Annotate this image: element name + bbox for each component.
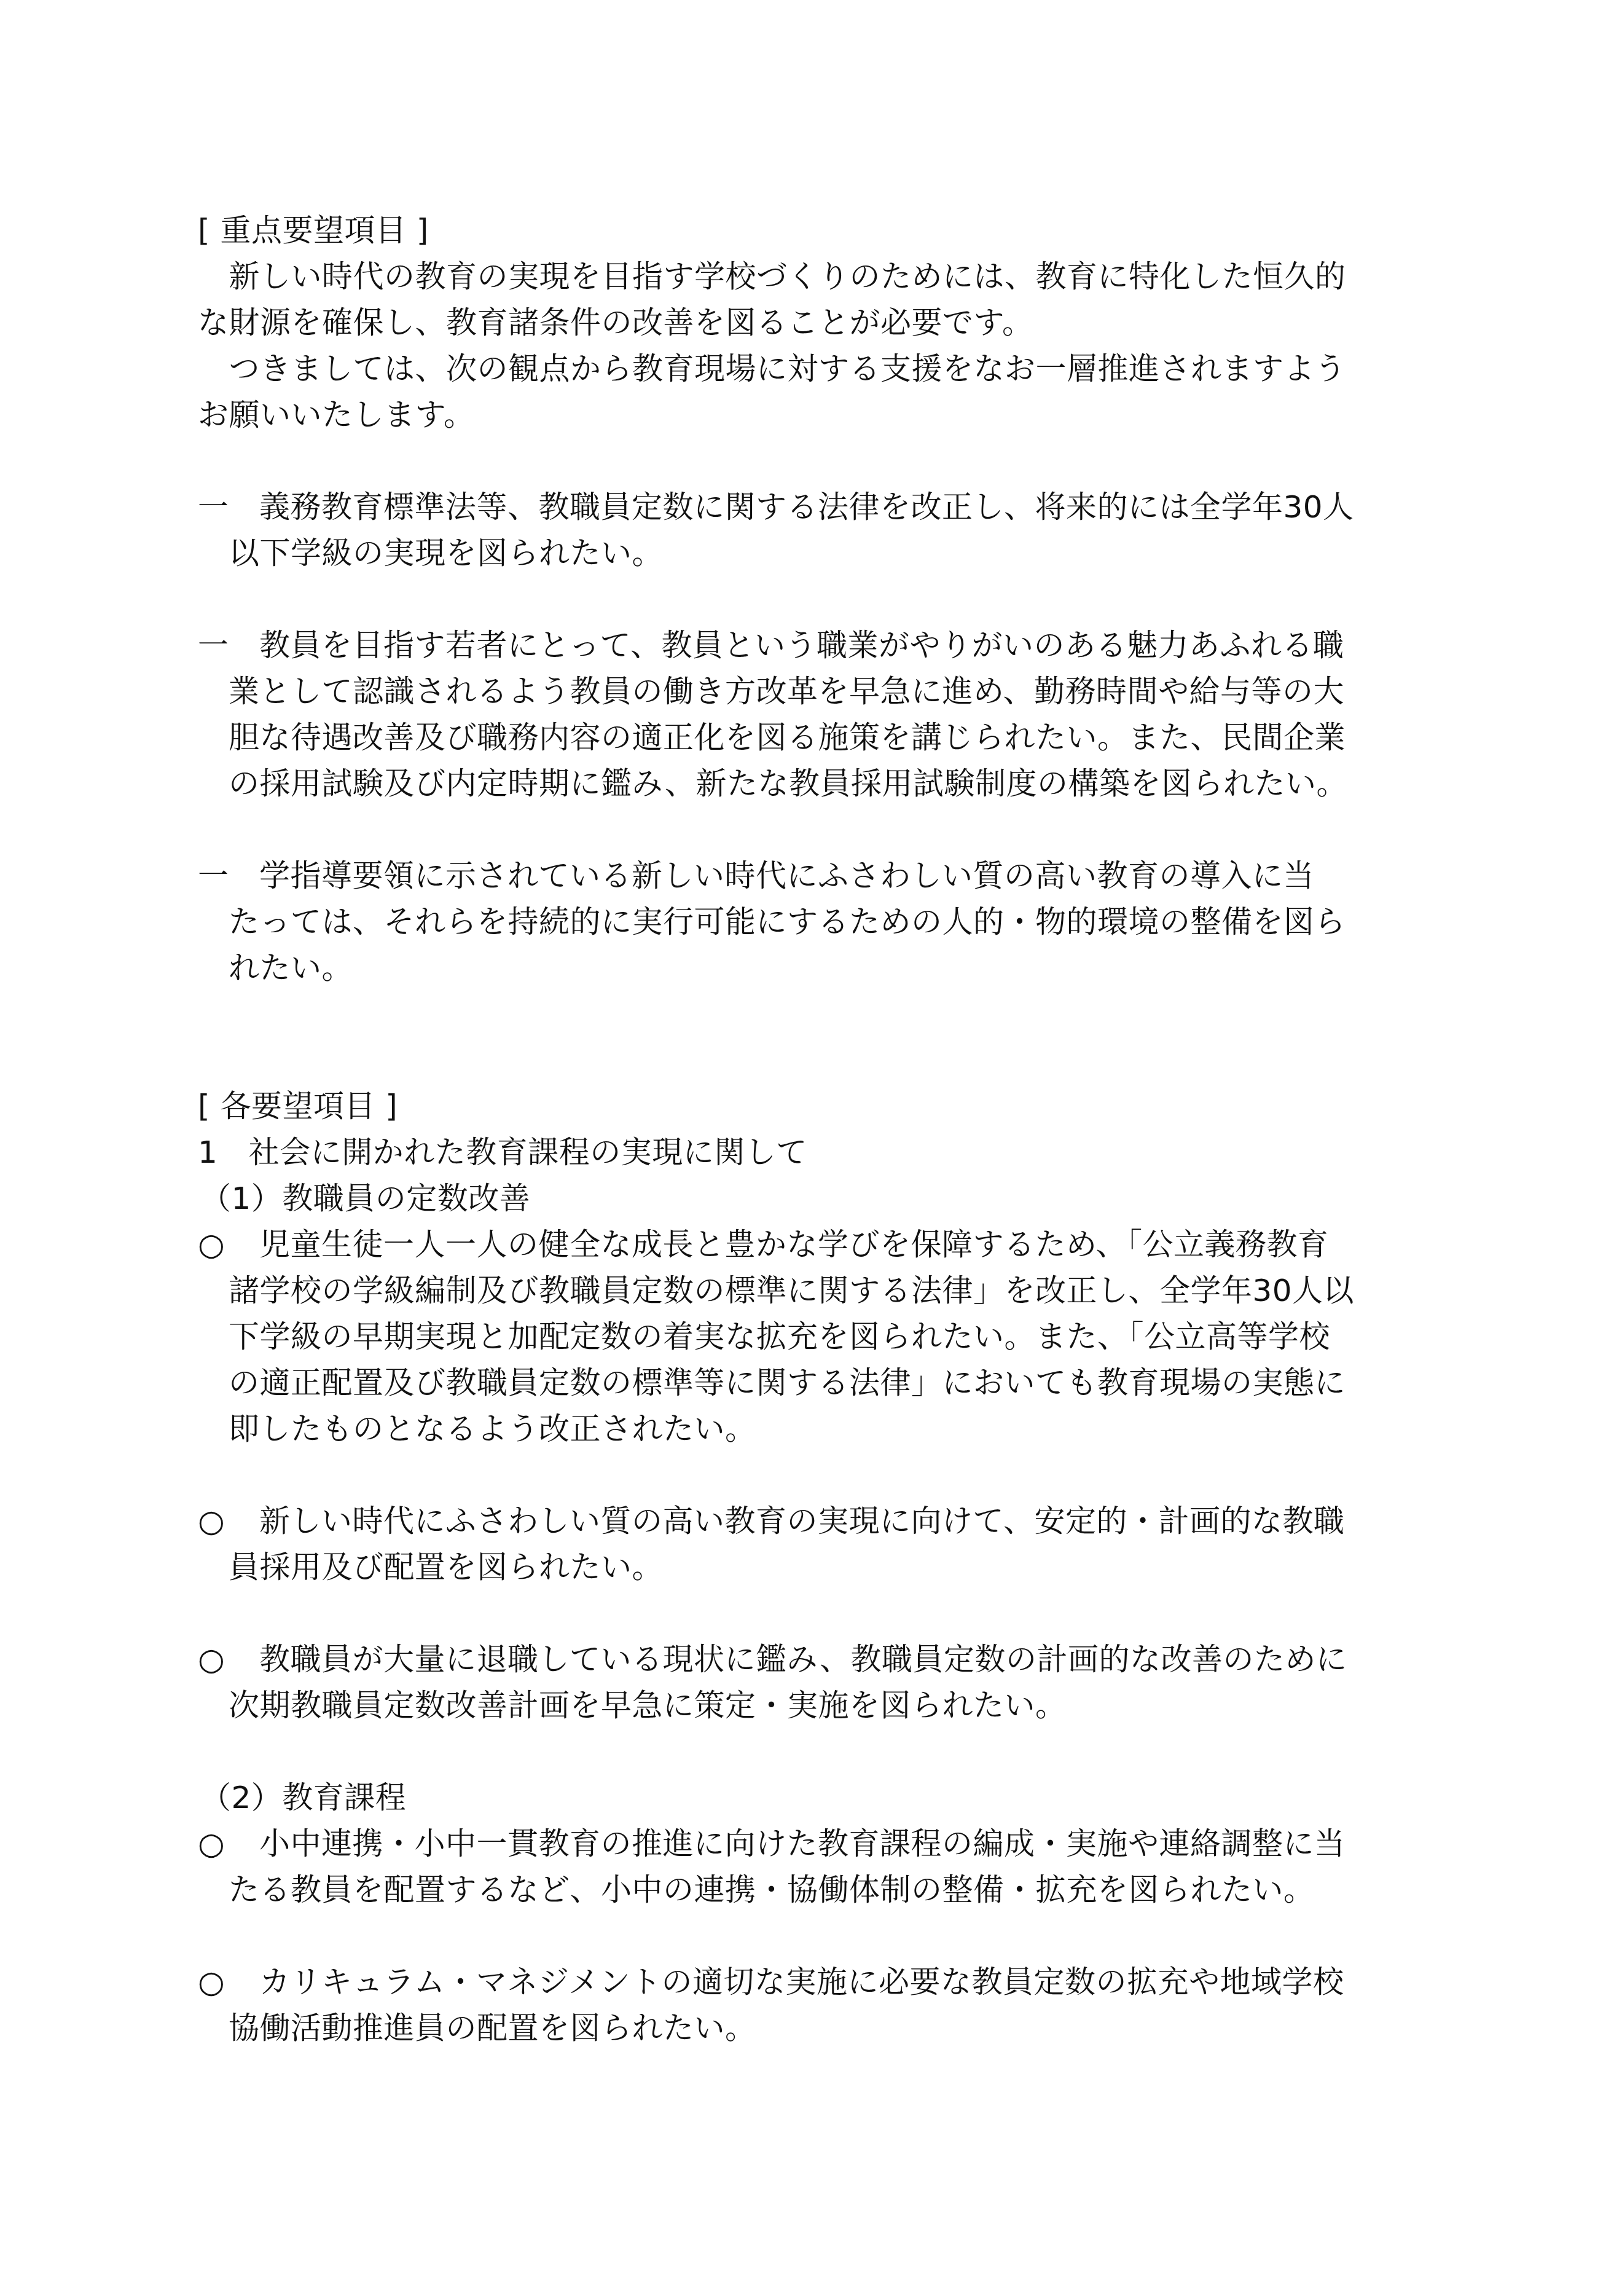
staffing-item-1: ○ 児童生徒一人一人の健全な成長と豊かな学びを保障するため、「公立義務教育 諸学… [198,1222,1445,1452]
subsection-2-title: （2）教育課程 [198,1775,1445,1821]
item-line: 学指導要領に示されている新しい時代にふさわしい質の高い教育の導入に当 [198,853,1445,899]
item-line: 業として認識されるよう教員の働き方改革を早急に進め、勤務時間や給与等の大 [198,669,1445,715]
item-line: 次期教職員定数改善計画を早急に策定・実施を図られたい。 [198,1683,1445,1729]
intro-line: つきましては、次の観点から教育現場に対する支援をなお一層推進されますよう [198,346,1445,392]
dash-marker: 一 [198,853,259,899]
subsection-1-title: （1）教職員の定数改善 [198,1176,1445,1222]
priority-item-1: 一 義務教育標準法等、教職員定数に関する法律を改正し、将来的には全学年30人 以… [198,484,1445,576]
intro-line: 新しい時代の教育の実現を目指す学校づくりのためには、教育に特化した恒久的 [198,254,1445,300]
staffing-item-2: ○ 新しい時代にふさわしい質の高い教育の実現に向けて、安定的・計画的な教職 員採… [198,1498,1445,1590]
curriculum-item-1: ○ 小中連携・小中一貫教育の推進に向けた教育課程の編成・実施や連絡調整に当 たる… [198,1821,1445,1913]
intro-line: お願いいたします。 [198,392,1445,438]
item-line: 教職員が大量に退職している現状に鑑み、教職員定数の計画的な改善のために [198,1637,1445,1683]
circle-marker: ○ [198,1637,259,1683]
item-line: 諸学校の学級編制及び教職員定数の標準に関する法律」を改正し、全学年30人以 [198,1268,1445,1314]
dash-marker: 一 [198,484,259,530]
curriculum-item-2: ○ カリキュラム・マネジメントの適切な実施に必要な教員定数の拡充や地域学校 協働… [198,1959,1445,2051]
each-heading: [ 各要望項目 ] [198,1083,1445,1130]
priority-item-3: 一 学指導要領に示されている新しい時代にふさわしい質の高い教育の導入に当 たって… [198,853,1445,991]
circle-marker: ○ [198,1222,259,1268]
item-line: 即したものとなるよう改正されたい。 [198,1406,1445,1452]
section-1-title: 1 社会に開かれた教育課程の実現に関して [198,1130,1445,1176]
priority-intro: 新しい時代の教育の実現を目指す学校づくりのためには、教育に特化した恒久的 な財源… [198,254,1445,438]
item-line: 協働活動推進員の配置を図られたい。 [198,2005,1445,2051]
dash-marker: 一 [198,623,259,669]
circle-marker: ○ [198,1959,259,2005]
item-line: 下学級の早期実現と加配定数の着実な拡充を図られたい。また、「公立高等学校 [198,1314,1445,1360]
document-page: [ 重点要望項目 ] 新しい時代の教育の実現を目指す学校づくりのためには、教育に… [198,208,1445,2051]
item-line: たる教員を配置するなど、小中の連携・協働体制の整備・拡充を図られたい。 [198,1867,1445,1913]
staffing-item-3: ○ 教職員が大量に退職している現状に鑑み、教職員定数の計画的な改善のために 次期… [198,1637,1445,1729]
item-line: 員採用及び配置を図られたい。 [198,1544,1445,1590]
item-line: カリキュラム・マネジメントの適切な実施に必要な教員定数の拡充や地域学校 [198,1959,1445,2005]
circle-marker: ○ [198,1821,259,1867]
item-line: 児童生徒一人一人の健全な成長と豊かな学びを保障するため、「公立義務教育 [198,1222,1445,1268]
item-line: 義務教育標準法等、教職員定数に関する法律を改正し、将来的には全学年30人 [198,484,1445,530]
item-line: 新しい時代にふさわしい質の高い教育の実現に向けて、安定的・計画的な教職 [198,1498,1445,1544]
priority-item-2: 一 教員を目指す若者にとって、教員という職業がやりがいのある魅力あふれる職 業と… [198,623,1445,807]
item-line: 小中連携・小中一貫教育の推進に向けた教育課程の編成・実施や連絡調整に当 [198,1821,1445,1867]
item-line: 教員を目指す若者にとって、教員という職業がやりがいのある魅力あふれる職 [198,623,1445,669]
priority-heading: [ 重点要望項目 ] [198,208,1445,254]
item-line: の適正配置及び教職員定数の標準等に関する法律」においても教育現場の実態に [198,1360,1445,1406]
intro-line: な財源を確保し、教育諸条件の改善を図ることが必要です。 [198,300,1445,346]
item-line: たっては、それらを持続的に実行可能にするための人的・物的環境の整備を図ら [198,899,1445,945]
item-line: 胆な待遇改善及び職務内容の適正化を図る施策を講じられたい。また、民間企業 [198,715,1445,761]
circle-marker: ○ [198,1498,259,1544]
item-line: の採用試験及び内定時期に鑑み、新たな教員採用試験制度の構築を図られたい。 [198,761,1445,807]
item-line: れたい。 [198,945,1445,991]
item-line: 以下学級の実現を図られたい。 [198,530,1445,576]
